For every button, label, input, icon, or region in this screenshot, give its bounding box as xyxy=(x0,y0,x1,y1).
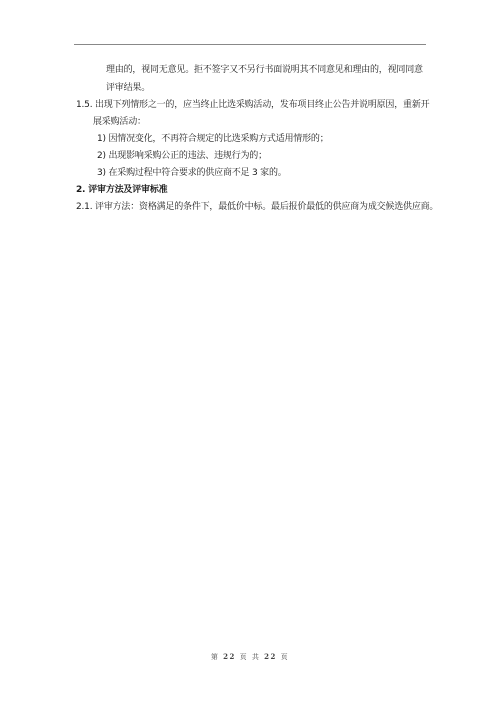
clause-1-5-continued: 展采购活动： xyxy=(93,116,146,128)
section-heading-2: 2. 评审方法及评审标准 xyxy=(76,184,167,196)
paragraph-line: 评审结果。 xyxy=(106,82,150,94)
clause-2-1: 2.1. 评审方法：资格满足的条件下，最低价中标。最后报价最低的供应商为成交候选… xyxy=(76,201,438,213)
list-item-1: 1) 因情况变化，不再符合规定的比选采购方式适用情形的； xyxy=(97,133,329,145)
footer-middle: 页 共 xyxy=(240,653,261,661)
total-page-count: 22 xyxy=(264,652,277,661)
page-footer: 第 22 页 共 22 页 xyxy=(0,652,500,662)
clause-1-5: 1.5. 出现下列情形之一的，应当终止比选采购活动，发布项目终止公告并说明原因，… xyxy=(76,99,429,111)
footer-prefix: 第 xyxy=(211,653,220,661)
paragraph-line: 理由的，视同无意见。拒不签字又不另行书面说明其不同意见和理由的，视同同意 xyxy=(106,64,423,76)
header-rule xyxy=(74,44,426,45)
footer-suffix: 页 xyxy=(281,653,290,661)
list-item-3: 3) 在采购过程中符合要求的供应商不足 3 家的。 xyxy=(97,167,287,179)
current-page-number: 22 xyxy=(223,652,236,661)
list-item-2: 2) 出现影响采购公正的违法、违规行为的； xyxy=(97,150,267,162)
